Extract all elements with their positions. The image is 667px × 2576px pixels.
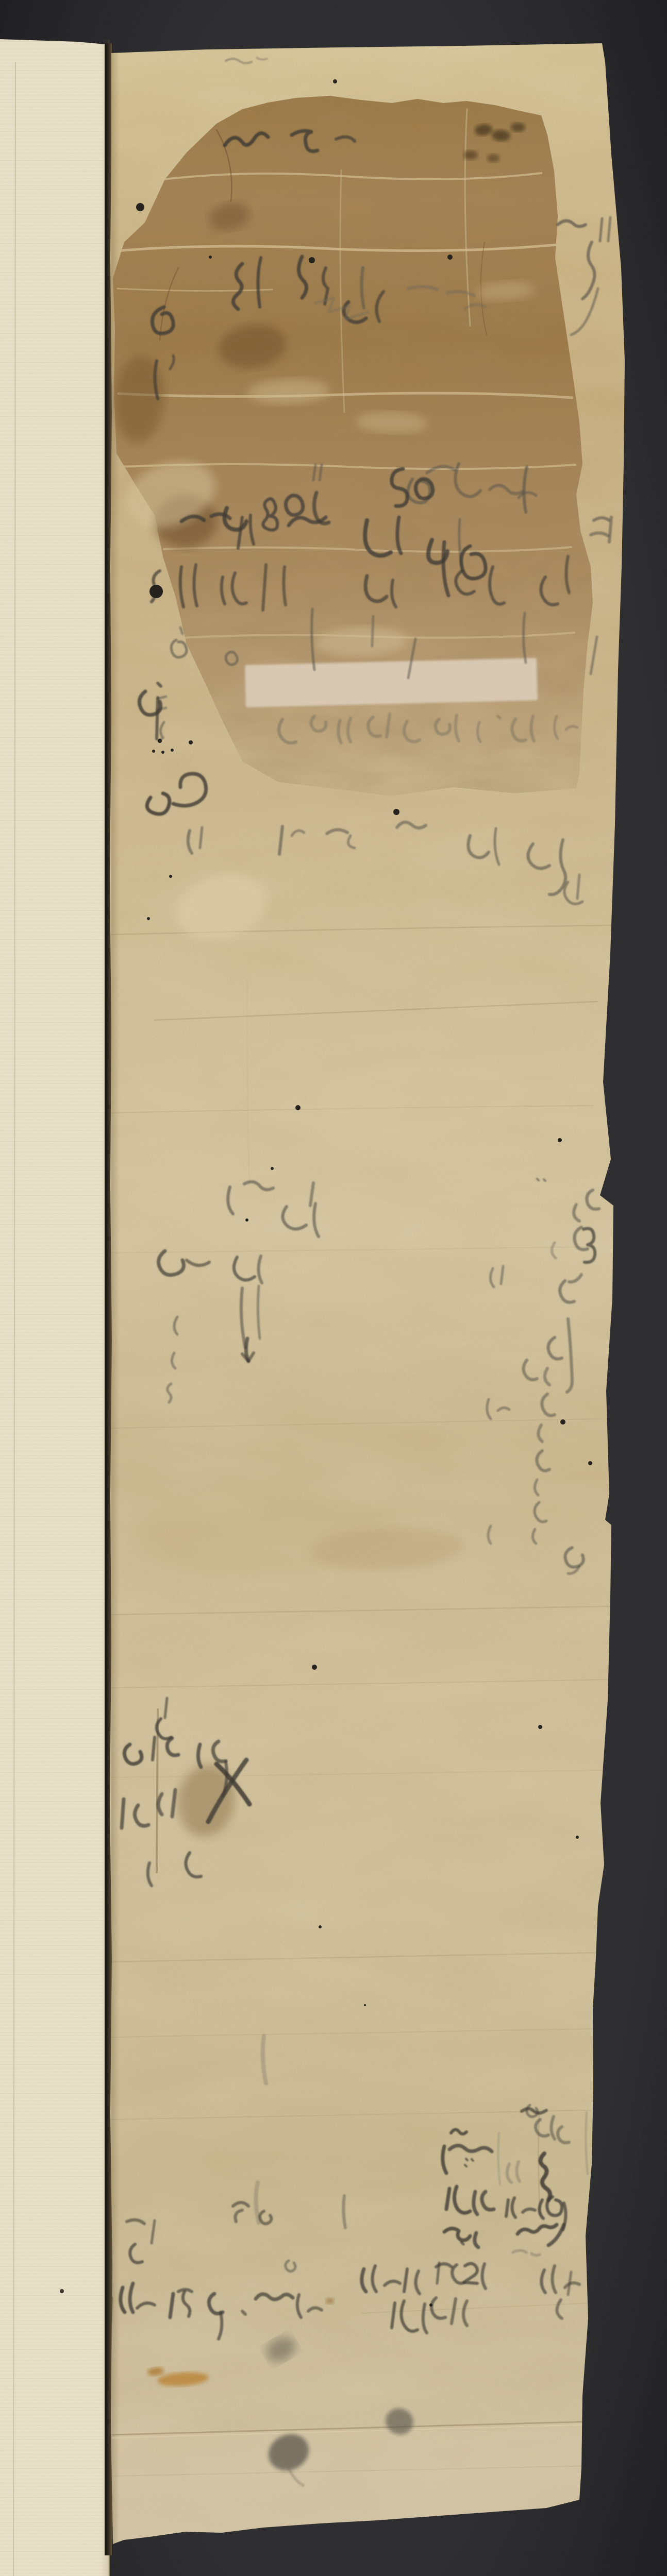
paper-speck [152, 750, 155, 753]
ink-stroke [153, 1737, 155, 1760]
photo-stage [0, 0, 667, 2576]
ink-stroke [157, 698, 158, 739]
ink-stroke [498, 716, 500, 718]
ink-stroke [461, 2242, 463, 2244]
paper-speck [147, 917, 150, 920]
paper-speck [364, 2004, 366, 2006]
paper-speck [538, 1725, 542, 1729]
gutter-shadow [105, 43, 112, 2555]
paper-speck [189, 740, 193, 744]
paper-speck [333, 79, 337, 83]
paper-speck [209, 256, 212, 259]
repair-patch-rect [245, 658, 538, 707]
paper-speck [588, 1461, 592, 1465]
ink-stroke [372, 616, 373, 646]
paper-speck [393, 809, 399, 815]
paper-speck [158, 739, 162, 743]
ink-stroke [158, 683, 161, 686]
paper-speck [295, 1105, 301, 1110]
paper-speck [447, 255, 453, 260]
paper-speck [171, 749, 174, 752]
stain-blotch [326, 2298, 334, 2304]
paper-speck [136, 203, 144, 211]
paper-speck [271, 1167, 274, 1170]
stain-blotch [463, 150, 478, 160]
ink-stroke [343, 2196, 345, 2228]
ink-stroke [506, 2200, 508, 2216]
stain-blotch [487, 154, 499, 162]
repair-patch [245, 658, 538, 707]
paper-speck [245, 1218, 248, 1222]
paper-speck [309, 257, 315, 263]
paper-speck [60, 2289, 64, 2293]
scene-svg [0, 0, 667, 2576]
paper-speck [319, 1925, 322, 1928]
album-page [0, 39, 110, 2576]
paper-speck [576, 1836, 579, 1839]
paper-speck [149, 585, 163, 598]
paper-speck [429, 2303, 432, 2307]
paper-speck [169, 875, 172, 878]
paper-speck [312, 1665, 317, 1670]
ink-stroke [242, 2311, 245, 2314]
paper-speck [560, 1419, 565, 1425]
paper-speck [558, 1138, 562, 1142]
stain-blotch [511, 123, 525, 132]
paper-speck [161, 751, 164, 754]
ink-stroke [122, 1799, 124, 1828]
ink-stroke [609, 517, 611, 542]
ink-stroke [284, 567, 286, 605]
